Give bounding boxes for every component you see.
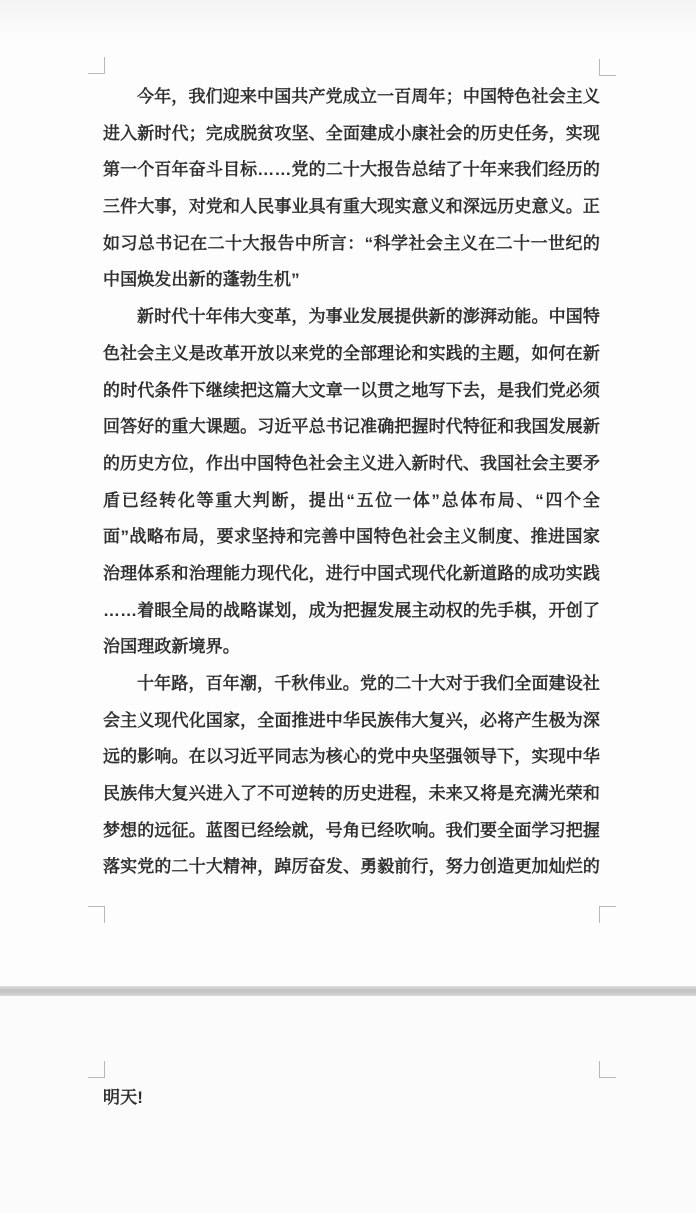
text-line: 十年路，百年潮，千秋伟业。党的二十大对于我们全面建设社	[103, 666, 600, 703]
text-line: 会主义现代化国家，全面推进中华民族伟大复兴，必将产生极为深	[103, 703, 600, 740]
text-line: 落实党的二十大精神，踔厉奋发、勇毅前行，努力创造更加灿烂的	[103, 849, 600, 886]
text-line: 进入新时代；完成脱贫攻坚、全面建成小康社会的历史任务，实现	[103, 116, 600, 153]
text-line: 色社会主义是改革开放以来党的全部理论和实践的主题，如何在新	[103, 336, 600, 373]
text-line: ……着眼全局的战略谋划，成为把握发展主动权的先手棋，开创了	[103, 593, 600, 630]
text-line: 三件大事，对党和人民事业具有重大现实意义和深远历史意义。正	[103, 189, 600, 226]
text-line: 远的影响。在以习近平同志为核心的党中央坚强领导下，实现中华	[103, 739, 600, 776]
page-2-text-body: 明天!	[103, 1080, 600, 1117]
margin-crop-mark-top-left	[88, 57, 105, 74]
page-break-separator	[0, 986, 696, 996]
page-1-text-body: 今年，我们迎来中国共产党成立一百周年；中国特色社会主义进入新时代；完成脱贫攻坚、…	[103, 79, 600, 886]
top-gray-wash	[0, 0, 696, 40]
text-line: 第一个百年奋斗目标……党的二十大报告总结了十年来我们经历的	[103, 152, 600, 189]
text-line: 今年，我们迎来中国共产党成立一百周年；中国特色社会主义	[103, 79, 600, 116]
paragraph: 十年路，百年潮，千秋伟业。党的二十大对于我们全面建设社会主义现代化国家，全面推进…	[103, 666, 600, 886]
text-line: 民族伟大复兴进入了不可逆转的历史进程，未来又将是充满光荣和	[103, 776, 600, 813]
margin-crop-mark-bottom-left	[88, 906, 105, 923]
paragraph: 新时代十年伟大变革，为事业发展提供新的澎湃动能。中国特色社会主义是改革开放以来党…	[103, 299, 600, 666]
margin-crop-mark-bottom-right	[599, 906, 616, 923]
text-line: 治理体系和治理能力现代化，进行中国式现代化新道路的成功实践	[103, 556, 600, 593]
text-line: 中国焕发出新的蓬勃生机”	[103, 262, 600, 299]
margin-crop-mark-top-right	[599, 1061, 616, 1078]
page-1: 今年，我们迎来中国共产党成立一百周年；中国特色社会主义进入新时代；完成脱贫攻坚、…	[0, 0, 696, 986]
text-line: 的时代条件下继续把这篇大文章一以贯之地写下去，是我们党必须	[103, 373, 600, 410]
text-line: 盾已经转化等重大判断，提出“五位一体”总体布局、“四个全	[103, 483, 600, 520]
margin-crop-mark-top-right	[599, 59, 616, 76]
margin-crop-mark-top-left	[88, 1061, 105, 1078]
document-viewer: 今年，我们迎来中国共产党成立一百周年；中国特色社会主义进入新时代；完成脱贫攻坚、…	[0, 0, 696, 1213]
text-line: 的历史方位，作出中国特色社会主义进入新时代、我国社会主要矛	[103, 446, 600, 483]
text-line: 回答好的重大课题。习近平总书记准确把握时代特征和我国发展新	[103, 409, 600, 446]
paragraph: 今年，我们迎来中国共产党成立一百周年；中国特色社会主义进入新时代；完成脱贫攻坚、…	[103, 79, 600, 299]
paragraph: 明天!	[103, 1080, 600, 1117]
text-line: 新时代十年伟大变革，为事业发展提供新的澎湃动能。中国特	[103, 299, 600, 336]
text-line: 如习总书记在二十大报告中所言：“科学社会主义在二十一世纪的	[103, 226, 600, 263]
text-line: 梦想的远征。蓝图已经绘就，号角已经吹响。我们要全面学习把握	[103, 813, 600, 850]
page-2: 明天!	[0, 996, 696, 1213]
text-line: 治国理政新境界。	[103, 629, 600, 666]
text-line: 明天!	[103, 1080, 600, 1117]
text-line: 面”战略布局，要求坚持和完善中国特色社会主义制度、推进国家	[103, 519, 600, 556]
